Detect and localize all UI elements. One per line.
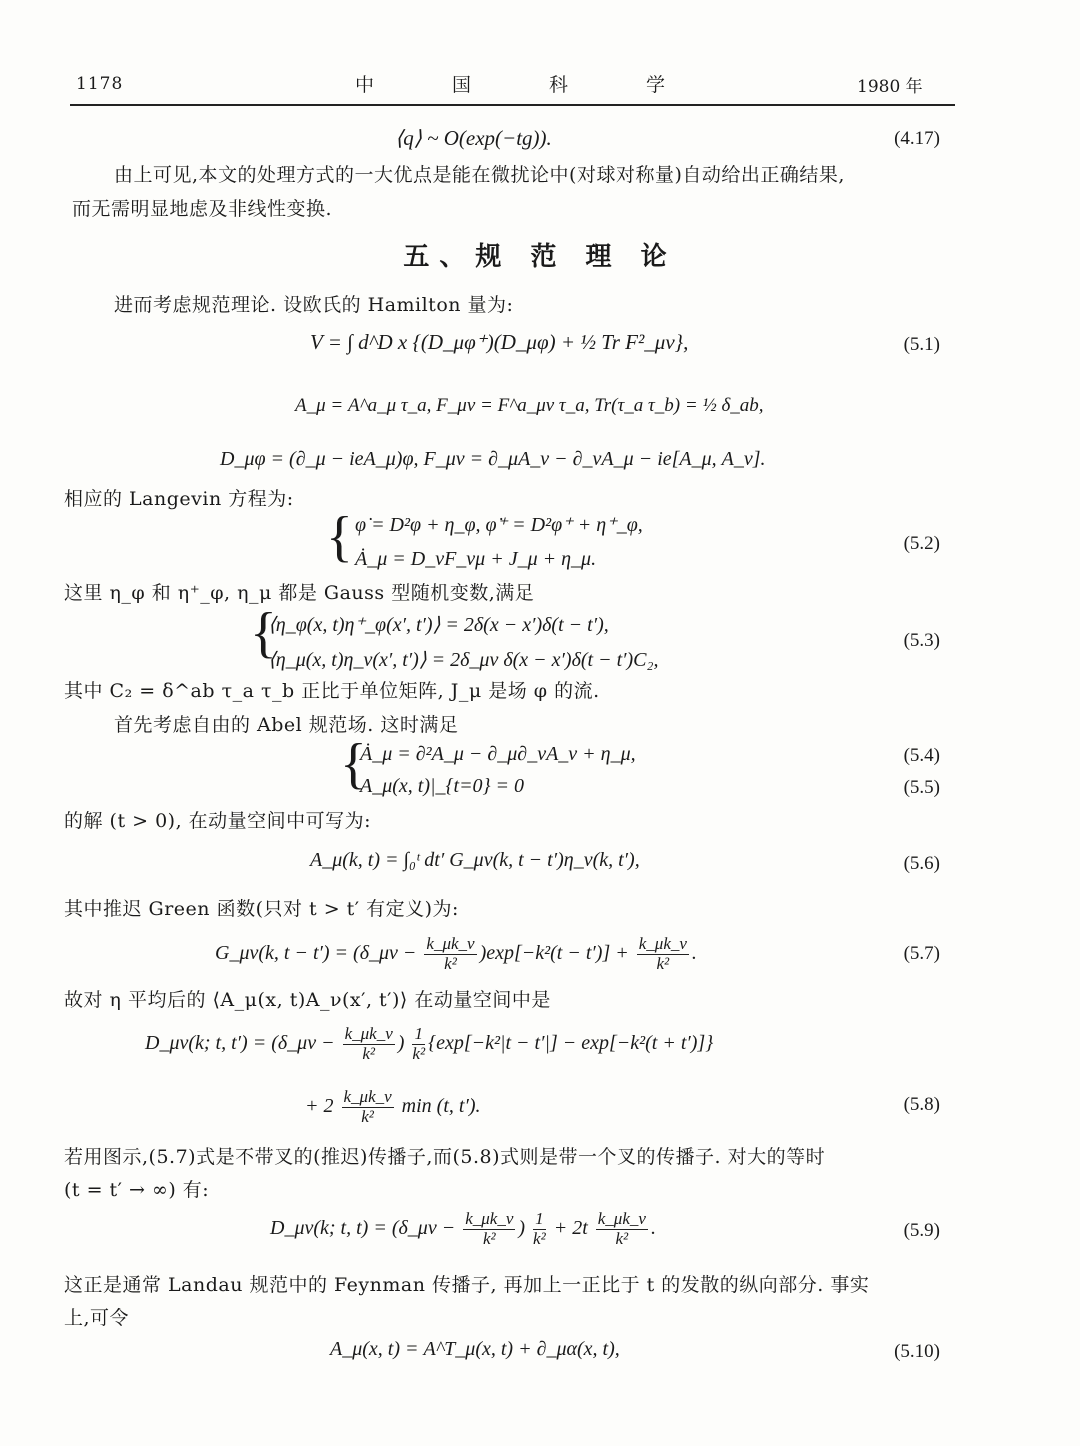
denominator: k²	[343, 1045, 395, 1064]
equation-5-8-line2: + 2 k_μk_νk² min (t, t′).	[305, 1088, 480, 1126]
paragraph-line: 其中 C₂ = δ^ab τ_a τ_b 正比于单位矩阵, J_μ 是场 φ 的…	[64, 676, 600, 703]
equation-5-6: A_μ(k, t) = ∫₀ᵗ dt′ G_μν(k, t − t′)η_ν(k…	[310, 849, 640, 872]
left-brace: {	[326, 509, 353, 565]
equation-5-9: D_μν(k; t, t) = (δ_μν − k_μk_νk²) 1k² + …	[270, 1210, 656, 1248]
journal-char: 国	[452, 70, 549, 97]
paragraph-line: 故对 η 平均后的 ⟨A_μ(x, t)A_ν(x′, t′)⟩ 在动量空间中是	[64, 985, 551, 1012]
equation-part: + 2	[305, 1095, 339, 1117]
journal-char: 学	[646, 70, 743, 97]
header-rule	[70, 104, 955, 106]
equation-number: (5.8)	[904, 1094, 940, 1116]
equation-5-3b: ⟨η_μ(x, t)η_ν(x′, t′)⟩ = 2δ_μν δ(x − x′)…	[268, 647, 658, 672]
fraction: 1k²	[412, 1025, 425, 1063]
equation-5-7: G_μν(k, t − t′) = (δ_μν − k_μk_νk²)exp[−…	[215, 935, 697, 973]
denominator: k²	[424, 955, 476, 974]
paragraph-line: 上,可令	[64, 1303, 129, 1330]
equation-part: G_μν(k, t − t′) = (δ_μν −	[215, 942, 421, 964]
section-title: 五、规 范 理 论	[0, 236, 1080, 273]
equation-part: + 2t	[549, 1217, 593, 1239]
equation-part: {exp[−k²|t − t′|] − exp[−k²(t + t′)]}	[428, 1032, 713, 1054]
equation-5-1: V = ∫ d^D x {(D_μφ⁺)(D_μφ) + ½ Tr F²_μν}…	[310, 330, 688, 355]
equation-part: )exp[−k²(t − t′)] +	[480, 942, 634, 964]
equation-part: min (t, t′).	[397, 1095, 481, 1117]
equation-number: (4.17)	[894, 128, 940, 150]
numerator: k_μk_ν	[342, 1088, 394, 1108]
equation-number: (5.2)	[904, 533, 940, 555]
fraction: 1k²	[533, 1210, 546, 1248]
denominator: k²	[533, 1230, 546, 1249]
equation-number: (5.3)	[904, 630, 940, 652]
numerator: k_μk_ν	[596, 1210, 648, 1230]
numerator: k_μk_ν	[343, 1025, 395, 1045]
denominator: k²	[463, 1230, 515, 1249]
equation-number: (5.1)	[904, 334, 940, 356]
equation-5-5: A_μ(x, t)|_{t=0} = 0	[360, 775, 524, 798]
equation-5-8-line1: D_μν(k; t, t′) = (δ_μν − k_μk_νk²) 1k²{e…	[145, 1025, 713, 1063]
equation-definitions: A_μ = A^a_μ τ_a, F_μν = F^a_μν τ_a, Tr(τ…	[295, 395, 764, 417]
denominator: k²	[412, 1045, 425, 1064]
numerator: k_μk_ν	[463, 1210, 515, 1230]
year: 1980 年	[857, 72, 923, 97]
paragraph-line: 这正是通常 Landau 规范中的 Feynman 传播子, 再加上一正比于 t…	[64, 1270, 869, 1297]
journal-char: 中	[355, 70, 452, 97]
fraction: k_μk_νk²	[596, 1210, 648, 1248]
fraction: k_μk_νk²	[463, 1210, 515, 1248]
equation-part: .	[651, 1217, 656, 1239]
paragraph-line: 由上可见,本文的处理方式的一大优点是能在微扰论中(对球对称量)自动给出正确结果,	[114, 160, 845, 187]
fraction: k_μk_νk²	[343, 1025, 395, 1063]
paragraph-line: (t = t′ → ∞) 有:	[64, 1175, 209, 1202]
numerator: k_μk_ν	[424, 935, 476, 955]
fraction: k_μk_νk²	[637, 935, 689, 973]
journal-title: 中国科学	[355, 70, 743, 97]
paragraph-line: 若用图示,(5.7)式是不带叉的(推迟)传播子,而(5.8)式则是带一个叉的传播…	[64, 1142, 825, 1169]
fraction: k_μk_νk²	[424, 935, 476, 973]
denominator: k²	[342, 1108, 394, 1127]
equation-5-2b: Ȧ_μ = D_νF_νμ + J_μ + η_μ.	[355, 548, 596, 571]
page-number: 1178	[76, 74, 123, 94]
equation-4-17: ⟨q⟩ ~ O(exp(−tg)).	[395, 126, 552, 151]
paragraph-line: 进而考虑规范理论. 设欧氏的 Hamilton 量为:	[114, 290, 513, 317]
paragraph-line: 其中推迟 Green 函数(只对 t > t′ 有定义)为:	[64, 894, 459, 921]
equation-part: )	[518, 1217, 530, 1239]
equation-5-10: A_μ(x, t) = A^T_μ(x, t) + ∂_μα(x, t),	[330, 1338, 620, 1361]
equation-part: )	[398, 1032, 410, 1054]
paragraph-line: 这里 η_φ 和 η⁺_φ, η_μ 都是 Gauss 型随机变数,满足	[64, 578, 534, 605]
numerator: k_μk_ν	[637, 935, 689, 955]
denominator: k²	[637, 955, 689, 974]
fraction: k_μk_νk²	[342, 1088, 394, 1126]
journal-char: 科	[549, 70, 646, 97]
equation-number: (5.5)	[904, 777, 940, 799]
equation-number: (5.4)	[904, 745, 940, 767]
equation-5-2a: φ̇ = D²φ + η_φ, φ̇⁺ = D²φ⁺ + η⁺_φ,	[355, 512, 643, 537]
equation-5-4: Ȧ_μ = ∂²A_μ − ∂_μ∂_νA_ν + η_μ,	[360, 743, 636, 766]
paragraph-line: 相应的 Langevin 方程为:	[64, 484, 294, 511]
paragraph-line: 的解 (t > 0), 在动量空间中可写为:	[64, 806, 371, 833]
equation-part: D_μν(k; t, t′) = (δ_μν −	[145, 1032, 340, 1054]
equation-number: (5.10)	[894, 1341, 940, 1363]
numerator: 1	[533, 1210, 546, 1230]
equation-5-3a: ⟨η_φ(x, t)η⁺_φ(x′, t′)⟩ = 2δ(x − x′)δ(t …	[268, 612, 609, 637]
equation-number: (5.6)	[904, 853, 940, 875]
equation-definitions: D_μφ = (∂_μ − ieA_μ)φ, F_μν = ∂_μA_ν − ∂…	[220, 448, 766, 471]
equation-number: (5.7)	[904, 943, 940, 965]
denominator: k²	[596, 1230, 648, 1249]
running-header: 1178 中国科学 1980 年	[0, 66, 1080, 106]
equation-number: (5.9)	[904, 1220, 940, 1242]
paragraph-line: 首先考虑自由的 Abel 规范场. 这时满足	[114, 710, 458, 737]
numerator: 1	[412, 1025, 425, 1045]
paragraph-line: 而无需明显地虑及非线性变换.	[72, 194, 332, 221]
equation-part: D_μν(k; t, t) = (δ_μν −	[270, 1217, 460, 1239]
